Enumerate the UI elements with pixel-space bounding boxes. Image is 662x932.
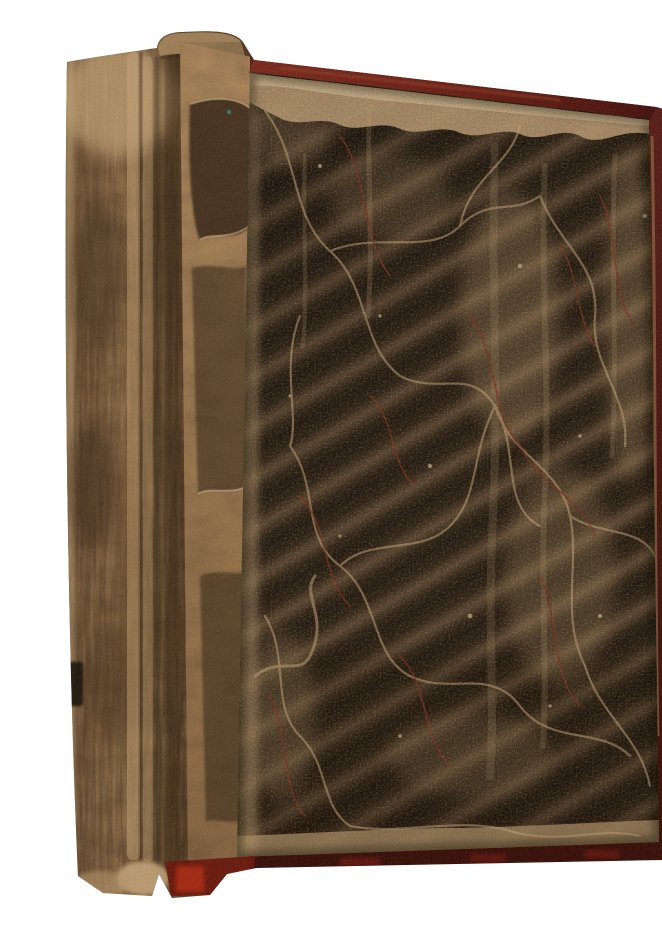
book (40, 16, 662, 916)
book-photo-svg: Antique leather-bound book, three-quarte… (40, 16, 662, 916)
photo-figure: Antique leather-bound book, three-quarte… (40, 16, 662, 916)
global-grain-dark (40, 16, 662, 916)
